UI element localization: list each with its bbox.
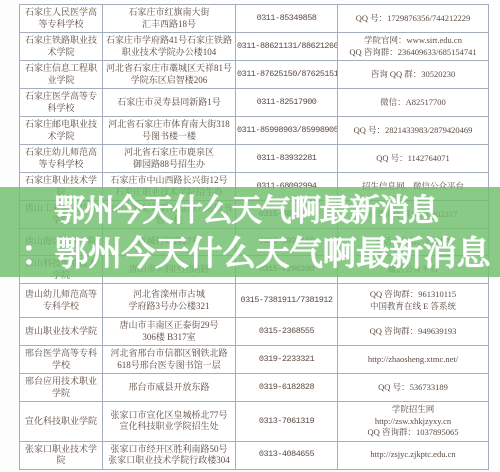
school-qq-contact-cell: QQ 号：1729876356/744212229: [338, 5, 489, 33]
school-phone-cell: 0311-87625150/87625151: [236, 61, 338, 89]
table-row: 石家庄铁路职业技术学院石家庄市学府路41号石家庄铁路 职业技术学院办公楼1040…: [20, 33, 489, 61]
school-phone-cell: 0313-7061319: [236, 402, 338, 442]
overlay-banner: 鄂州今天什么天气啊最新消息 ：鄂州今天什么天气啊最新消息: [0, 187, 500, 277]
school-name-cell: 唐山幼儿师范高等专科学校: [20, 284, 103, 318]
school-address-cell: 河北省石家庄市藁城区天祥81号 学院东区启智楼206: [103, 61, 236, 89]
school-name-cell: 石家庄信息工程职业学院: [20, 61, 103, 89]
school-qq-contact-cell: http://zsjyc.zjkptc.edu.cn: [338, 441, 489, 469]
table-row: 邢台医学高等专科学校河北省邢台市信都区钢铁北路 618号邢台医专图书馆一层031…: [20, 346, 489, 374]
school-phone-cell: 0319-6182828: [236, 374, 338, 402]
school-name-cell: 张家口职业技术学院: [20, 441, 103, 469]
school-address-cell: 唐山市丰南区正泰街29号 306楼 B317室: [103, 318, 236, 346]
school-phone-cell: 0311-83932281: [236, 145, 338, 173]
table-row: 石家庄信息工程职业学院河北省石家庄市藁城区天祥81号 学院东区启智楼206031…: [20, 61, 489, 89]
table-row: 石家庄邮电职业技术学院河北省石家庄市体育南大街318 号图书楼一楼0311-85…: [20, 117, 489, 145]
screenshot-page: 石家庄人民医学高等专科学校石家庄市红旗南大街 汇丰西路18号0311-85349…: [0, 0, 500, 472]
school-phone-cell: 0311-85998903/85998905: [236, 117, 338, 145]
table-row: 唐山幼儿师范高等专科学校河北省滦州市古城 学府路3号办公楼3210315-738…: [20, 284, 489, 318]
school-name-cell: 唐山职业技术学院: [20, 318, 103, 346]
school-address-cell: 河北省滦州市古城 学府路3号办公楼321: [103, 284, 236, 318]
school-name-cell: 邢台应用技术职业学院: [20, 374, 103, 402]
school-address-cell: 河北省邢台市信都区钢铁北路 618号邢台医专图书馆一层: [103, 346, 236, 374]
school-phone-cell: 0319-2233321: [236, 346, 338, 374]
school-name-cell: 石家庄幼儿师范高等专科学校: [20, 145, 103, 173]
table-row: 石家庄医学高等专科学校石家庄市灵寿县同新路1号0311-82517900微信：A…: [20, 89, 489, 117]
school-name-cell: 石家庄医学高等专科学校: [20, 89, 103, 117]
school-address-cell: 石家庄市灵寿县同新路1号: [103, 89, 236, 117]
table-row: 张家口职业技术学院张家口市经开区胜利南路50号 张家口职业技术学院行政楼3040…: [20, 441, 489, 469]
school-phone-cell: 0315-2368555: [236, 318, 338, 346]
school-qq-contact-cell: 咨询 QQ 群：30520230: [338, 61, 489, 89]
school-address-cell: 张家口市经开区胜利南路50号 张家口职业技术学院行政楼304: [103, 441, 236, 469]
school-name-cell: 石家庄邮电职业技术学院: [20, 117, 103, 145]
school-phone-cell: 0313-4084655: [236, 441, 338, 469]
school-name-cell: 石家庄人民医学高等专科学校: [20, 5, 103, 33]
school-address-cell: 石家庄市学府路41号石家庄铁路 职业技术学院办公楼104: [103, 33, 236, 61]
school-name-cell: 石家庄铁路职业技术学院: [20, 33, 103, 61]
school-qq-contact-cell: 学院招生网 http://zsw.xhkjzyxy.cn QQ 咨询群：1037…: [338, 402, 489, 442]
banner-text-line1: 鄂州今天什么天气啊最新消息: [54, 194, 438, 228]
school-name-cell: 邢台医学高等专科学校: [20, 346, 103, 374]
school-qq-contact-cell: QQ 号：2821433983/2879420469: [338, 117, 489, 145]
table-row: 唐山职业技术学院唐山市丰南区正泰街29号 306楼 B317室0315-2368…: [20, 318, 489, 346]
school-address-cell: 石家庄市红旗南大街 汇丰西路18号: [103, 5, 236, 33]
school-qq-contact-cell: QQ 号：536733189: [338, 374, 489, 402]
school-address-cell: 河北省石家庄市鹿泉区 御园路88号招生办: [103, 145, 236, 173]
school-qq-contact-cell: QQ 号：1142764071: [338, 145, 489, 173]
table-row: 宣化科技职业学院张家口市宣化区皇城桥北77号 宣化科技职业学院招生处0313-7…: [20, 402, 489, 442]
school-phone-cell: 0315-7381911/7381912: [236, 284, 338, 318]
school-phone-cell: 0311-88621131/88621260: [236, 33, 338, 61]
school-phone-cell: 0311-82517900: [236, 89, 338, 117]
school-phone-cell: 0311-85349858: [236, 5, 338, 33]
school-qq-contact-cell: QQ 咨询群：961310115 中国教育在线 E 答系统: [338, 284, 489, 318]
school-qq-contact-cell: http://zhaosheng.xtmc.net/: [338, 346, 489, 374]
table-row: 邢台应用技术职业学院邢台市威县开放东路0319-6182828QQ 号：5367…: [20, 374, 489, 402]
table-row: 石家庄人民医学高等专科学校石家庄市红旗南大街 汇丰西路18号0311-85349…: [20, 5, 489, 33]
school-address-cell: 张家口市宣化区皇城桥北77号 宣化科技职业学院招生处: [103, 402, 236, 442]
school-address-cell: 河北省石家庄市体育南大街318 号图书楼一楼: [103, 117, 236, 145]
school-qq-contact-cell: 学院官网：www.sirt.edu.cn QQ 咨询群：236409633/68…: [338, 33, 489, 61]
table-row: 石家庄幼儿师范高等专科学校河北省石家庄市鹿泉区 御园路88号招生办0311-83…: [20, 145, 489, 173]
school-qq-contact-cell: 微信：A82517700: [338, 89, 489, 117]
school-name-cell: 宣化科技职业学院: [20, 402, 103, 442]
banner-text-line2: ：鄂州今天什么天气啊最新消息: [21, 236, 490, 272]
school-qq-contact-cell: QQ 咨询群：949639193: [338, 318, 489, 346]
school-address-cell: 邢台市威县开放东路: [103, 374, 236, 402]
